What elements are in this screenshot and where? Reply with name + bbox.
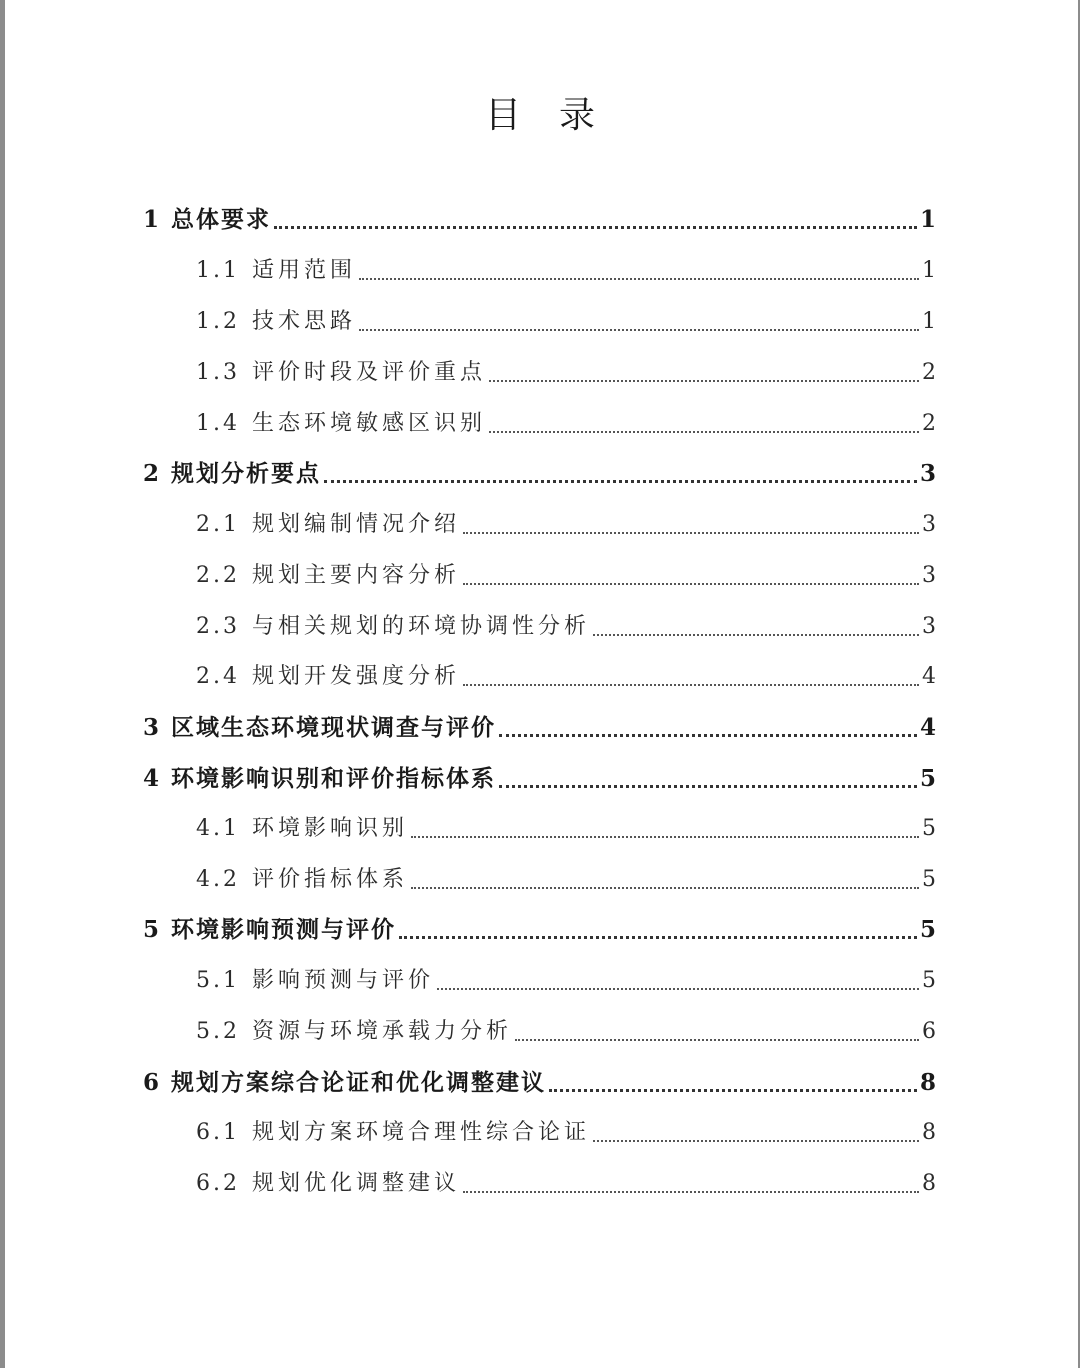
toc-entry-3[interactable]: 3 区域生态环境现状调查与评价 4	[143, 711, 936, 745]
toc-entry-title: 规划主要内容分析	[252, 559, 460, 593]
dot-leader	[593, 624, 919, 636]
toc-entry-page: 1	[922, 305, 936, 339]
toc-entry-page: 5	[922, 964, 936, 998]
toc-entry-page: 3	[922, 559, 936, 593]
toc-entry-title: 适用范围	[252, 254, 356, 288]
toc-entry-page: 8	[922, 1116, 936, 1150]
toc-entry-page: 5	[920, 913, 936, 947]
toc-entry-title: 评价时段及评价重点	[252, 356, 486, 390]
toc-entry-title: 资源与环境承载力分析	[252, 1015, 512, 1049]
toc-entry-number: 5	[143, 913, 159, 947]
toc-entry-title: 技术思路	[252, 305, 356, 339]
dot-leader	[489, 370, 919, 382]
toc-entry-2-3[interactable]: 2.3 与相关规划的环境协调性分析 3	[196, 610, 936, 644]
dot-leader	[463, 573, 919, 585]
toc-entry-number: 4.2	[196, 863, 240, 897]
toc-entry-number: 4	[143, 762, 159, 796]
toc-entry-page: 2	[922, 407, 936, 441]
toc-entry-page: 8	[920, 1066, 936, 1100]
toc-entry-2-1[interactable]: 2.1 规划编制情况介绍 3	[196, 508, 936, 542]
toc-entry-number: 6	[143, 1066, 159, 1100]
dot-leader	[499, 724, 917, 737]
toc-entry-number: 4.1	[196, 812, 240, 846]
toc-entry-5-1[interactable]: 5.1 影响预测与评价 5	[196, 964, 936, 998]
dot-leader	[274, 216, 917, 229]
toc-entry-page: 5	[922, 863, 936, 897]
dot-leader	[411, 826, 919, 838]
toc-entry-title: 规划方案综合论证和优化调整建议	[171, 1066, 546, 1100]
toc-entry-number: 2.2	[196, 559, 240, 593]
toc-entry-title: 影响预测与评价	[252, 964, 434, 998]
toc-entry-4-1[interactable]: 4.1 环境影响识别 5	[196, 812, 936, 846]
toc-entry-title: 评价指标体系	[252, 863, 408, 897]
toc-entry-title: 区域生态环境现状调查与评价	[171, 711, 496, 745]
toc-entry-number: 1.4	[196, 407, 240, 441]
toc-entry-5-2[interactable]: 5.2 资源与环境承载力分析 6	[196, 1015, 936, 1049]
toc-entry-2-2[interactable]: 2.2 规划主要内容分析 3	[196, 559, 936, 593]
dot-leader	[359, 268, 919, 280]
toc-entry-2-4[interactable]: 2.4 规划开发强度分析 4	[196, 660, 936, 694]
dot-leader	[324, 470, 917, 483]
toc-entry-number: 1	[143, 203, 159, 237]
toc-entry-page: 6	[922, 1015, 936, 1049]
toc-entry-1-3[interactable]: 1.3 评价时段及评价重点 2	[196, 356, 936, 390]
toc-entry-title: 总体要求	[171, 203, 271, 237]
toc-entry-2[interactable]: 2 规划分析要点 3	[143, 457, 936, 491]
toc-entry-title: 规划编制情况介绍	[252, 508, 460, 542]
toc-entry-title: 规划方案环境合理性综合论证	[252, 1116, 590, 1150]
toc-entry-title: 环境影响识别和评价指标体系	[171, 762, 496, 796]
toc-entry-6-2[interactable]: 6.2 规划优化调整建议 8	[196, 1167, 936, 1201]
dot-leader	[549, 1079, 917, 1092]
toc-entry-number: 2.4	[196, 660, 240, 694]
page-title: 目录	[0, 92, 1080, 140]
toc-entry-6[interactable]: 6 规划方案综合论证和优化调整建议 8	[143, 1066, 936, 1100]
toc-entry-title: 环境影响预测与评价	[171, 913, 396, 947]
toc-entry-page: 5	[922, 812, 936, 846]
dot-leader	[463, 522, 919, 534]
toc-entry-page: 4	[922, 660, 936, 694]
toc-entry-page: 3	[922, 610, 936, 644]
toc-entry-1-4[interactable]: 1.4 生态环境敏感区识别 2	[196, 407, 936, 441]
toc-entry-number: 3	[143, 711, 159, 745]
toc-entry-title: 与相关规划的环境协调性分析	[252, 610, 590, 644]
toc-entry-4[interactable]: 4 环境影响识别和评价指标体系 5	[143, 762, 936, 796]
toc-entry-6-1[interactable]: 6.1 规划方案环境合理性综合论证 8	[196, 1116, 936, 1150]
toc-entry-title: 环境影响识别	[252, 812, 408, 846]
toc-entry-number: 6.1	[196, 1116, 240, 1150]
toc-entry-title: 规划优化调整建议	[252, 1167, 460, 1201]
dot-leader	[437, 978, 919, 990]
toc-entry-page: 2	[922, 356, 936, 390]
toc-entry-number: 2.3	[196, 610, 240, 644]
toc-entry-number: 1.3	[196, 356, 240, 390]
toc-entry-5[interactable]: 5 环境影响预测与评价 5	[143, 913, 936, 947]
toc-entry-page: 3	[922, 508, 936, 542]
toc-entry-number: 5.2	[196, 1015, 240, 1049]
toc-entry-page: 1	[920, 203, 936, 237]
toc-entry-page: 4	[920, 711, 936, 745]
toc-entry-page: 5	[920, 762, 936, 796]
toc-entry-number: 1.2	[196, 305, 240, 339]
dot-leader	[359, 319, 919, 331]
dot-leader	[499, 775, 917, 788]
toc-entry-number: 5.1	[196, 964, 240, 998]
toc-entry-number: 6.2	[196, 1167, 240, 1201]
toc-entry-page: 1	[922, 254, 936, 288]
toc-entry-number: 1.1	[196, 254, 240, 288]
dot-leader	[411, 877, 919, 889]
dot-leader	[515, 1029, 919, 1041]
toc-entry-1[interactable]: 1 总体要求 1	[143, 203, 936, 237]
toc-entry-4-2[interactable]: 4.2 评价指标体系 5	[196, 863, 936, 897]
dot-leader	[489, 421, 919, 433]
toc-entry-page: 8	[922, 1167, 936, 1201]
toc-entry-page: 3	[920, 457, 936, 491]
toc-entry-number: 2	[143, 457, 159, 491]
dot-leader	[399, 926, 917, 939]
toc-entry-title: 规划分析要点	[171, 457, 321, 491]
dot-leader	[463, 674, 919, 686]
toc-entry-1-1[interactable]: 1.1 适用范围 1	[196, 254, 936, 288]
toc-entry-1-2[interactable]: 1.2 技术思路 1	[196, 305, 936, 339]
dot-leader	[593, 1130, 919, 1142]
dot-leader	[463, 1181, 919, 1193]
toc-entry-number: 2.1	[196, 508, 240, 542]
toc-entry-title: 规划开发强度分析	[252, 660, 460, 694]
toc-entry-title: 生态环境敏感区识别	[252, 407, 486, 441]
